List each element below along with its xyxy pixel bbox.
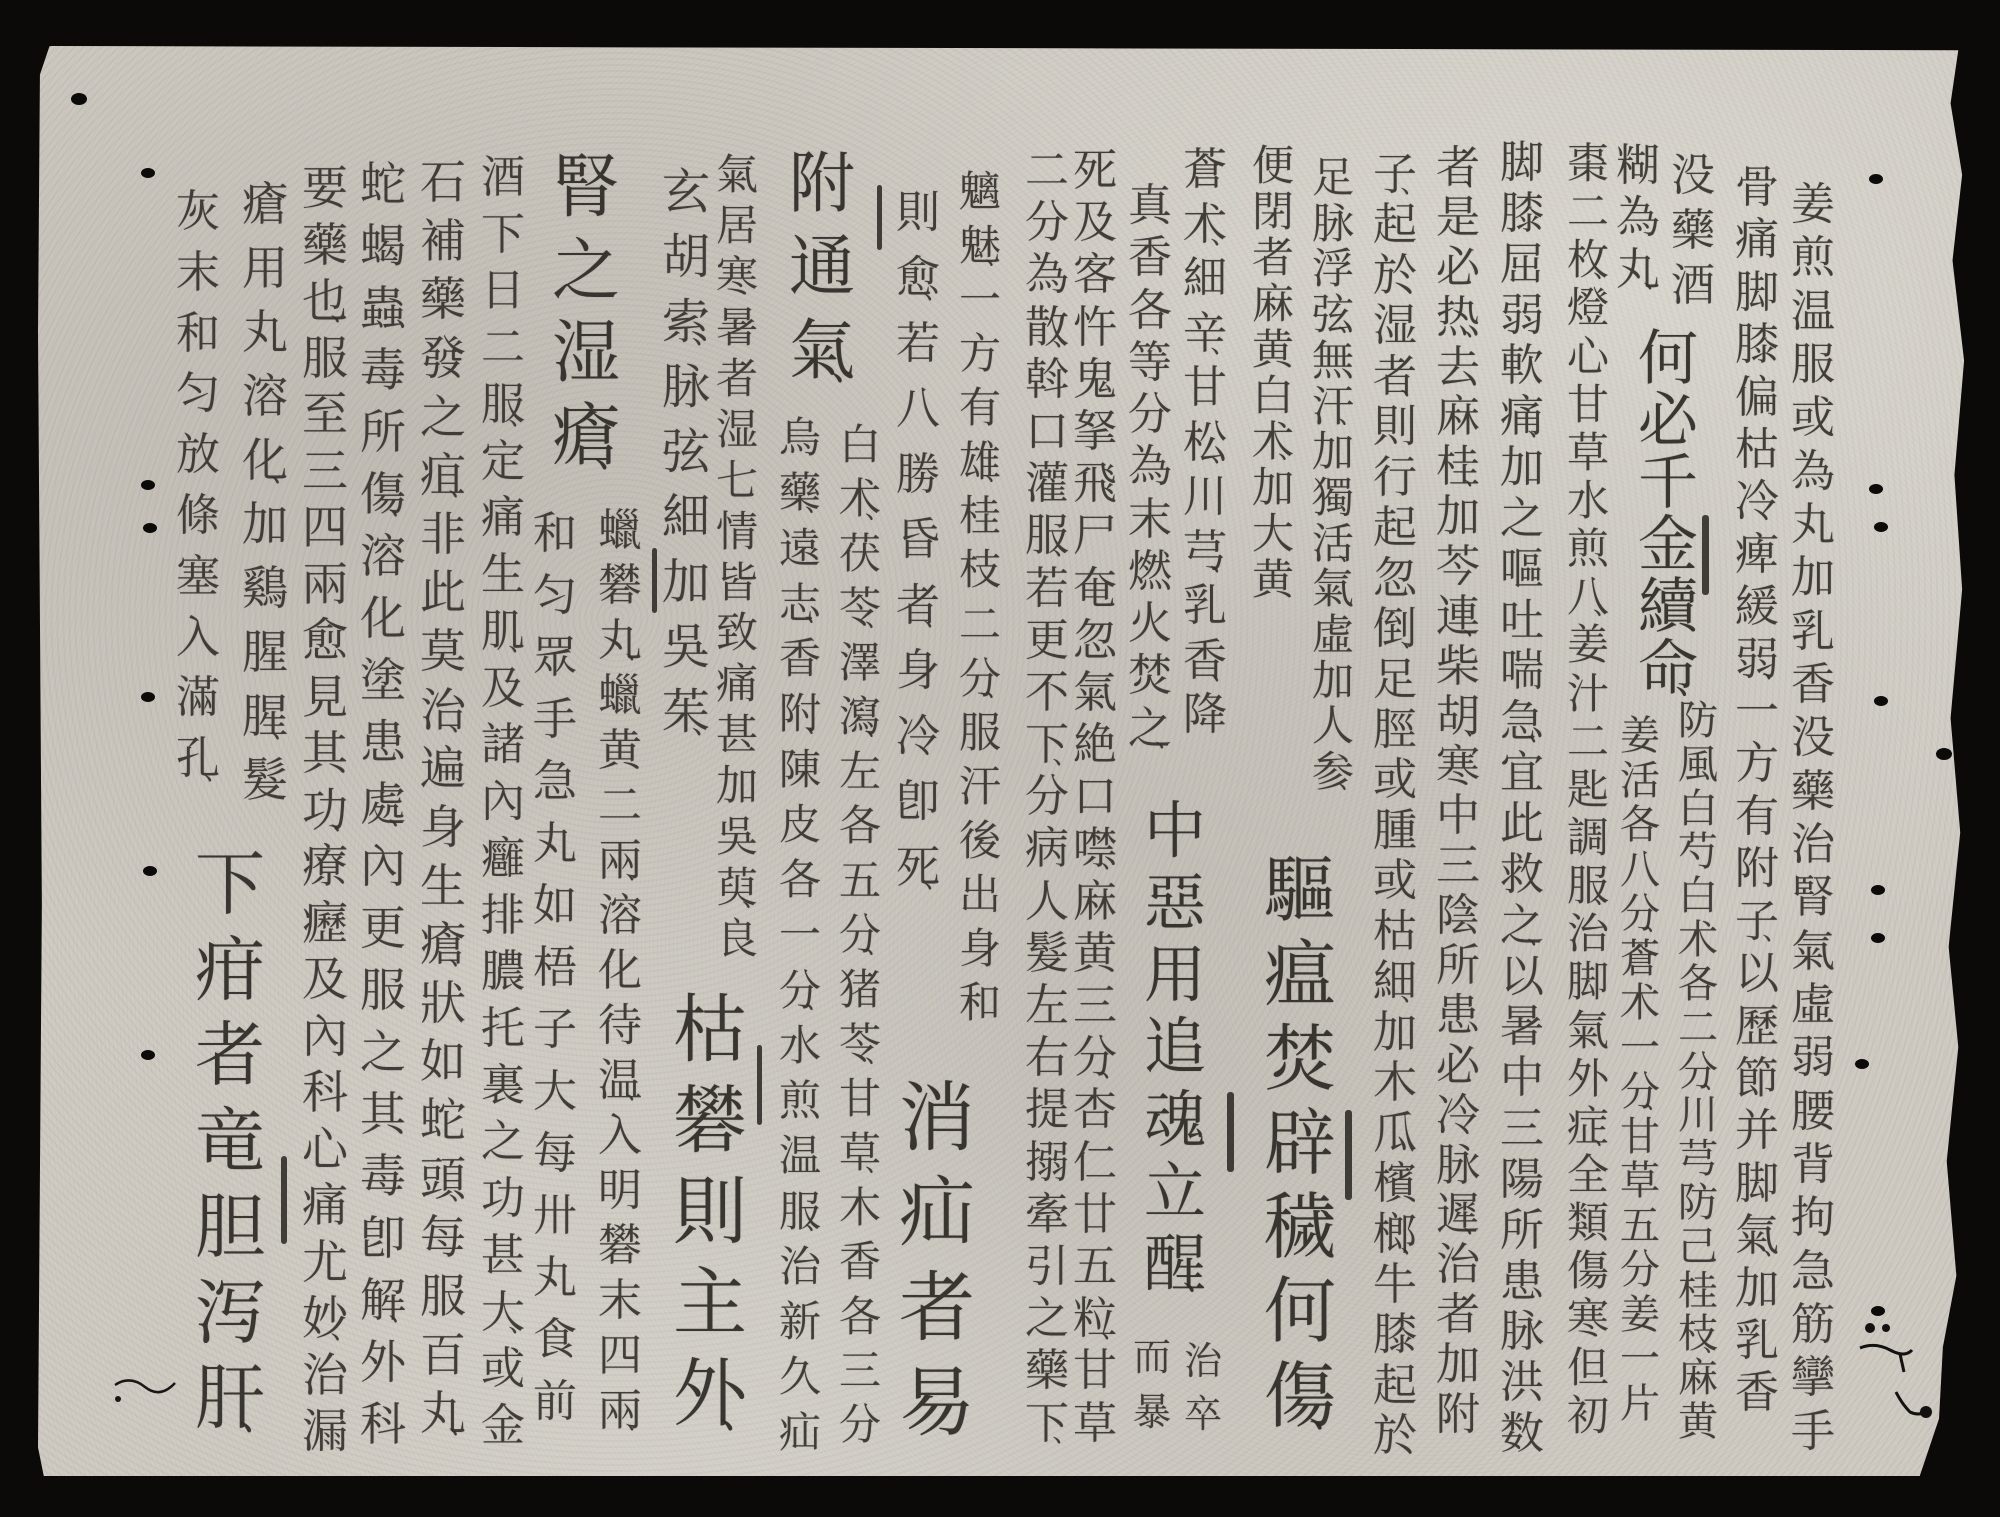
bracket-mark (877, 185, 882, 250)
annotation-column: 玄胡索、脉弦細加吳茱、 (662, 160, 710, 745)
annotation-column: 白术、茯苓、澤瀉、左各五分、猪苓、甘草、木香各三分 (839, 418, 881, 1453)
annotation-column: 烏藥、遠志、香附、陳皮各一分、水煎温服、治新久疝 (779, 410, 821, 1460)
annotation-column: 便閉者麻黄白术、加大黄 (1252, 143, 1294, 603)
scan-canvas: 姜煎温服或為丸加乳香没藥治腎氣虛弱腰背拘急筋攣手 骨痛脚膝偏枯冷痺緩弱、一方有附… (0, 0, 2000, 1517)
annotation-column: 棗二枚、燈心甘草水煎八、姜汁二匙調服、治脚氣外症、全類傷寒但初 (1567, 140, 1609, 1440)
binding-hole (143, 866, 157, 876)
binding-hole (141, 480, 155, 490)
annotation-column: 氣居寒暑者湿七情皆致痛甚加吳萸、良 (716, 150, 758, 965)
annotation-column: 治卒 (1184, 1335, 1222, 1440)
binding-hole (1869, 174, 1883, 184)
verse-column: 下疳者竜胆泻肝、 (195, 842, 265, 1442)
annotation-column: 瘡用丸溶化、加鷄腥腥、髮 (242, 172, 288, 812)
bracket-mark (757, 1045, 762, 1125)
annotation-column: 而暴 (1133, 1330, 1171, 1440)
annotation-column: 糊為丸、 (1616, 140, 1660, 296)
annotation-column: 子、起於湿者、則行起忽倒、足脛或腫或枯細、加木瓜檳榔、牛膝起於 (1373, 150, 1417, 1462)
binding-hole (1871, 885, 1885, 895)
annotation-column: 骨痛脚膝偏枯冷痺緩弱、一方有附子、以歷節并脚氣、加乳香 (1735, 162, 1779, 1420)
annotation-column: 則愈、若八勝昏者、身冷卽死、 (896, 180, 940, 900)
ink-squiggle-mark (1840, 1320, 1940, 1430)
bracket-mark (1227, 1092, 1234, 1172)
annotation-column: 防風白芍白术各二分、川芎防己桂枝、麻黄 (1678, 700, 1718, 1445)
verse-column: 枯礬則主外、 (673, 985, 747, 1440)
bracket-mark (1702, 515, 1709, 595)
binding-hole (143, 523, 157, 533)
bracket-mark (281, 1156, 287, 1244)
annotation-column: 酒下日二服、定痛生肌、及諸內癰排膿托裏之功甚大、或金 (481, 150, 525, 1455)
ink-squiggle-mark (110, 1365, 200, 1415)
annotation-column: 真香各等分為末燃火焚之、 (1128, 180, 1172, 755)
verse-column: 腎之湿瘡、 (552, 148, 620, 478)
binding-hole (141, 168, 155, 178)
annotation-column: 蒼术、細辛、甘松、川芎、乳香、降 (1183, 143, 1227, 743)
annotation-column: 姜煎温服或為丸加乳香没藥治腎氣虛弱腰背拘急筋攣手 (1791, 178, 1835, 1458)
verse-column: 附通氣、 (789, 142, 855, 392)
binding-hole (1855, 1059, 1869, 1069)
annotation-column: 二分為散、斡口灌服、若更不下、分病人髮左右提搦牽引之藥下、 (1025, 145, 1069, 1450)
binding-hole (1871, 1306, 1885, 1316)
binding-hole (141, 1050, 155, 1060)
bracket-mark (652, 548, 657, 613)
binding-hole (1869, 484, 1883, 494)
annotation-column: 灰末和匀放條塞入滿孔、 (176, 182, 220, 790)
bracket-mark (1345, 1110, 1352, 1200)
annotation-column: 要藥也、服至三四兩愈見其功、療癧及內科心痛尤妙、治漏 (302, 160, 348, 1460)
annotation-column: 魑魅、一方有雄、桂枝二分、服汗後出身和 (959, 165, 1001, 1030)
annotation-column: 石補藥發之疽、非此莫治、遍身生瘡、狀如蛇頭、每服百丸、 (420, 153, 466, 1443)
annotation-column: 蠟礬丸、蠟黄二兩、溶化待温、入明礬末四兩、 (598, 503, 642, 1438)
annotation-column: 和匀眾手急丸如梧子大每卅丸食前 (533, 503, 577, 1433)
annotation-column: 足脉浮弦、無汗、加獨活、氣虛加人参、 (1312, 155, 1354, 795)
binding-hole (1871, 933, 1885, 943)
verse-column: 何必千金續命、 (1638, 328, 1698, 700)
annotation-column: 蛇蝎蟲毒所傷、溶化塗患處、內更服之其毒卽解、外科 (360, 153, 406, 1455)
verse-column: 中惡用追魂立醒、 (1144, 795, 1206, 1300)
binding-hole (1874, 696, 1888, 706)
verse-column: 驅瘟焚辟穢何傷、 (1264, 848, 1336, 1438)
annotation-column: 脚膝屈弱軟痛、加之嘔吐喘急、宜此救之、以暑中三陽所患脉洪数 (1500, 138, 1544, 1460)
annotation-column: 姜活各八分、蒼术一分、甘草五分姜一片 (1620, 714, 1660, 1426)
binding-hole (1936, 748, 1952, 760)
binding-hole (1874, 522, 1888, 532)
binding-hole (141, 692, 155, 702)
annotation-column: 没藥酒 (1671, 148, 1715, 313)
binding-hole (71, 93, 87, 105)
annotation-column: 者、是必热、去麻桂、加芩連、柴胡、寒中三陰所患必冷脉遲、治者加附 (1436, 143, 1480, 1440)
verse-column: 消疝者易 (899, 1070, 975, 1450)
